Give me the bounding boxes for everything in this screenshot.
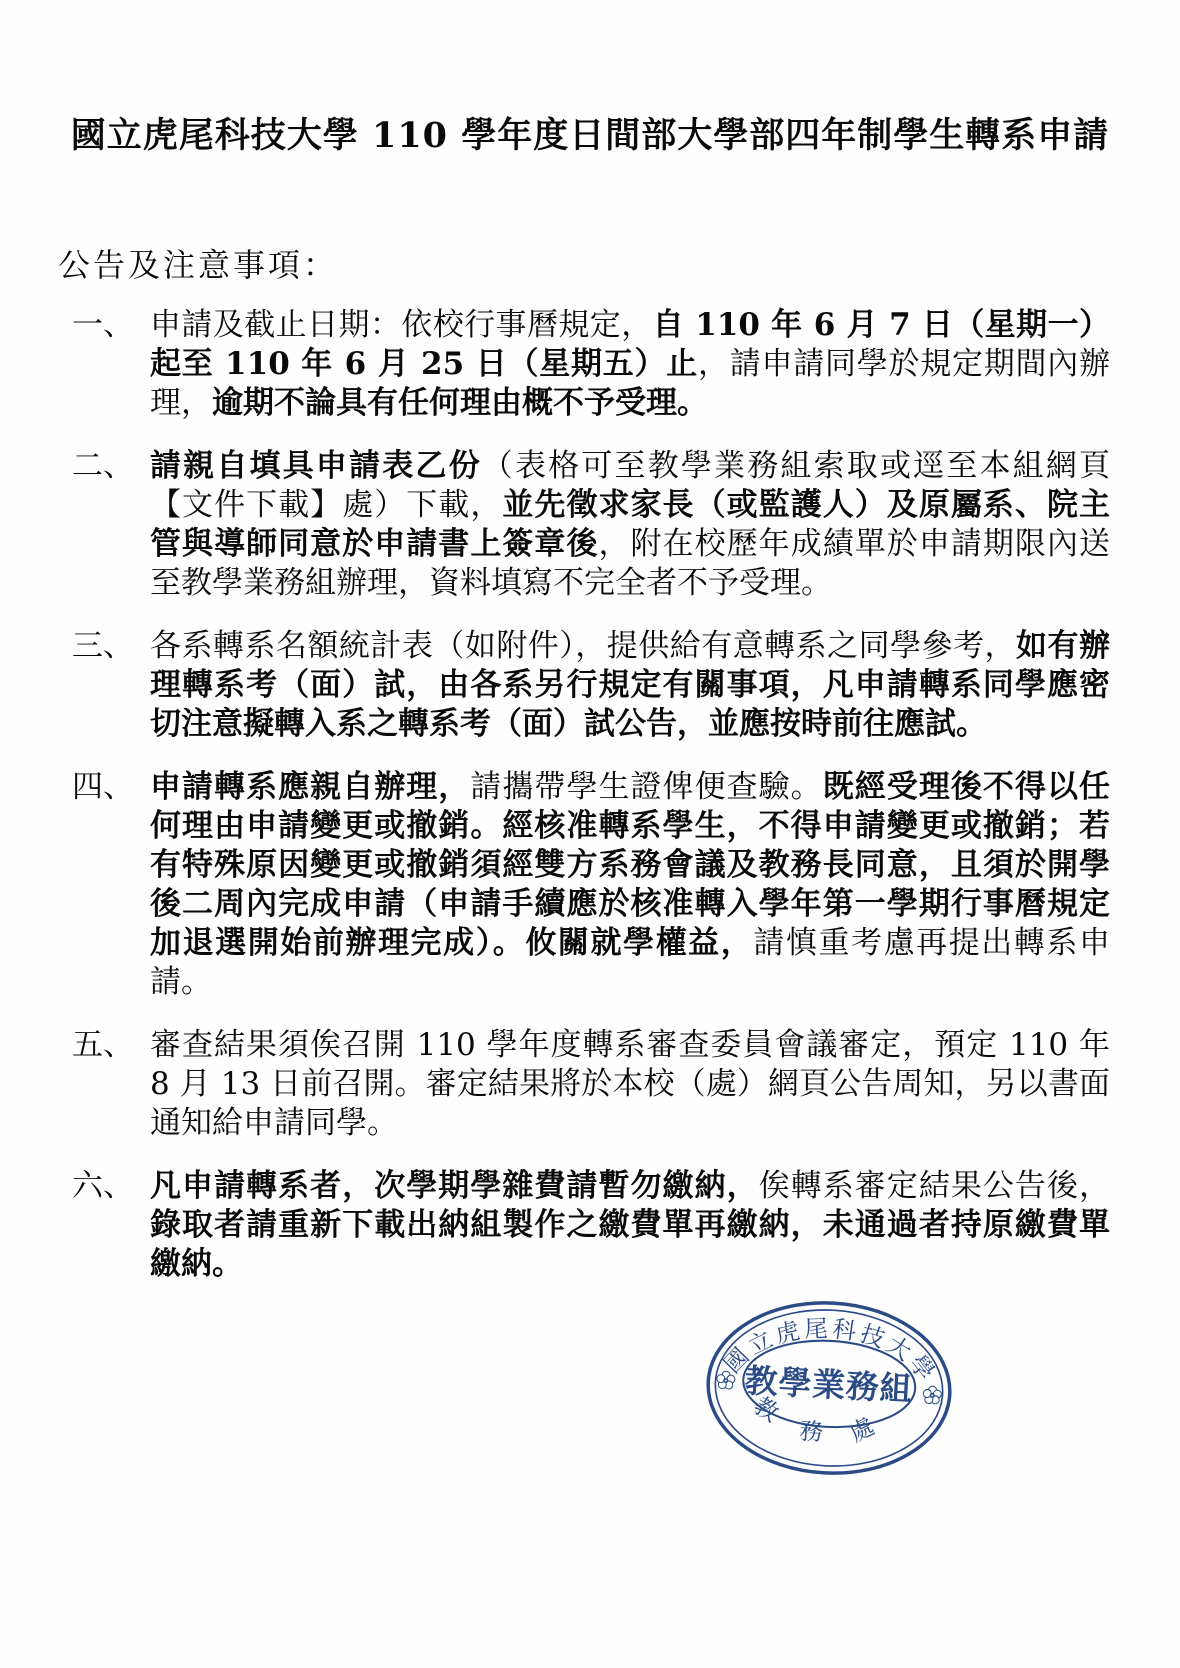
item-text-segment: 審查結果須俟召開 110 學年度轉系審查委員會議審定，預定 110 年 8 月 … <box>150 1027 1110 1141</box>
item-number: 五、 <box>72 1026 150 1143</box>
item-text-segment: 請攜帶學生證俾便查驗。 <box>470 769 822 805</box>
seal-graphic: 國立虎尾科技大學 教學業務組 教務處 <box>704 1298 954 1478</box>
item-number: 一、 <box>72 306 150 423</box>
notice-item-6: 六、凡申請轉系者，次學期學雜費請暫勿繳納，俟轉系審定結果公告後，錄取者請重新下載… <box>72 1167 1110 1284</box>
item-text-segment: 各系轉系名額統計表（如附件），提供給有意轉系之同學參考， <box>150 628 1016 664</box>
plum-blossom-icon <box>923 1386 942 1405</box>
item-text: 各系轉系名額統計表（如附件），提供給有意轉系之同學參考，如有辦理轉系考（面）試，… <box>150 627 1110 744</box>
item-text-segment: 請親自填具申請表乙份 <box>150 448 482 484</box>
item-text-segment: 申請及截止日期：依校行事曆規定， <box>150 307 653 343</box>
item-text: 申請及截止日期：依校行事曆規定，自 110 年 6 月 7 日（星期一）起至 1… <box>150 306 1110 423</box>
item-text-segment: 逾期不論具有任何理由概不予受理。 <box>212 385 708 421</box>
item-text-segment: 俟轉系審定結果公告後， <box>759 1168 1110 1204</box>
document-page: 國立虎尾科技大學 110 學年度日間部大學部四年制學生轉系申請 公告及注意事項：… <box>0 0 1180 1668</box>
notice-list: 一、申請及截止日期：依校行事曆規定，自 110 年 6 月 7 日（星期一）起至… <box>72 306 1110 1308</box>
official-seal: 國立虎尾科技大學 教學業務組 教務處 <box>704 1298 954 1478</box>
item-text: 申請轉系應親自辦理，請攜帶學生證俾便查驗。既經受理後不得以任何理由申請變更或撤銷… <box>150 768 1110 1002</box>
item-text-segment: 錄取者請重新下載出納組製作之繳費單再繳納，未通過者持原繳費單繳納。 <box>150 1207 1110 1282</box>
document-title: 國立虎尾科技大學 110 學年度日間部大學部四年制學生轉系申請 <box>0 108 1180 158</box>
item-number: 三、 <box>72 627 150 744</box>
item-text: 請親自填具申請表乙份（表格可至教學業務組索取或逕至本組網頁【文件下載】處）下載，… <box>150 447 1110 603</box>
item-text-segment: 凡申請轉系者，次學期學雜費請暫勿繳納， <box>150 1168 759 1204</box>
notice-item-2: 二、請親自填具申請表乙份（表格可至教學業務組索取或逕至本組網頁【文件下載】處）下… <box>72 447 1110 603</box>
item-number: 四、 <box>72 768 150 1002</box>
item-number: 六、 <box>72 1167 150 1284</box>
item-text: 審查結果須俟召開 110 學年度轉系審查委員會議審定，預定 110 年 8 月 … <box>150 1026 1110 1143</box>
item-number: 二、 <box>72 447 150 603</box>
item-text-segment: 申請轉系應親自辦理， <box>150 769 470 805</box>
notice-item-5: 五、審查結果須俟召開 110 學年度轉系審查委員會議審定，預定 110 年 8 … <box>72 1026 1110 1143</box>
notice-item-4: 四、申請轉系應親自辦理，請攜帶學生證俾便查驗。既經受理後不得以任何理由申請變更或… <box>72 768 1110 1002</box>
notice-item-1: 一、申請及截止日期：依校行事曆規定，自 110 年 6 月 7 日（星期一）起至… <box>72 306 1110 423</box>
section-heading: 公告及注意事項： <box>58 240 338 286</box>
item-text: 凡申請轉系者，次學期學雜費請暫勿繳納，俟轉系審定結果公告後，錄取者請重新下載出納… <box>150 1167 1110 1284</box>
notice-item-3: 三、各系轉系名額統計表（如附件），提供給有意轉系之同學參考，如有辦理轉系考（面）… <box>72 627 1110 744</box>
plum-blossom-icon <box>716 1371 735 1390</box>
